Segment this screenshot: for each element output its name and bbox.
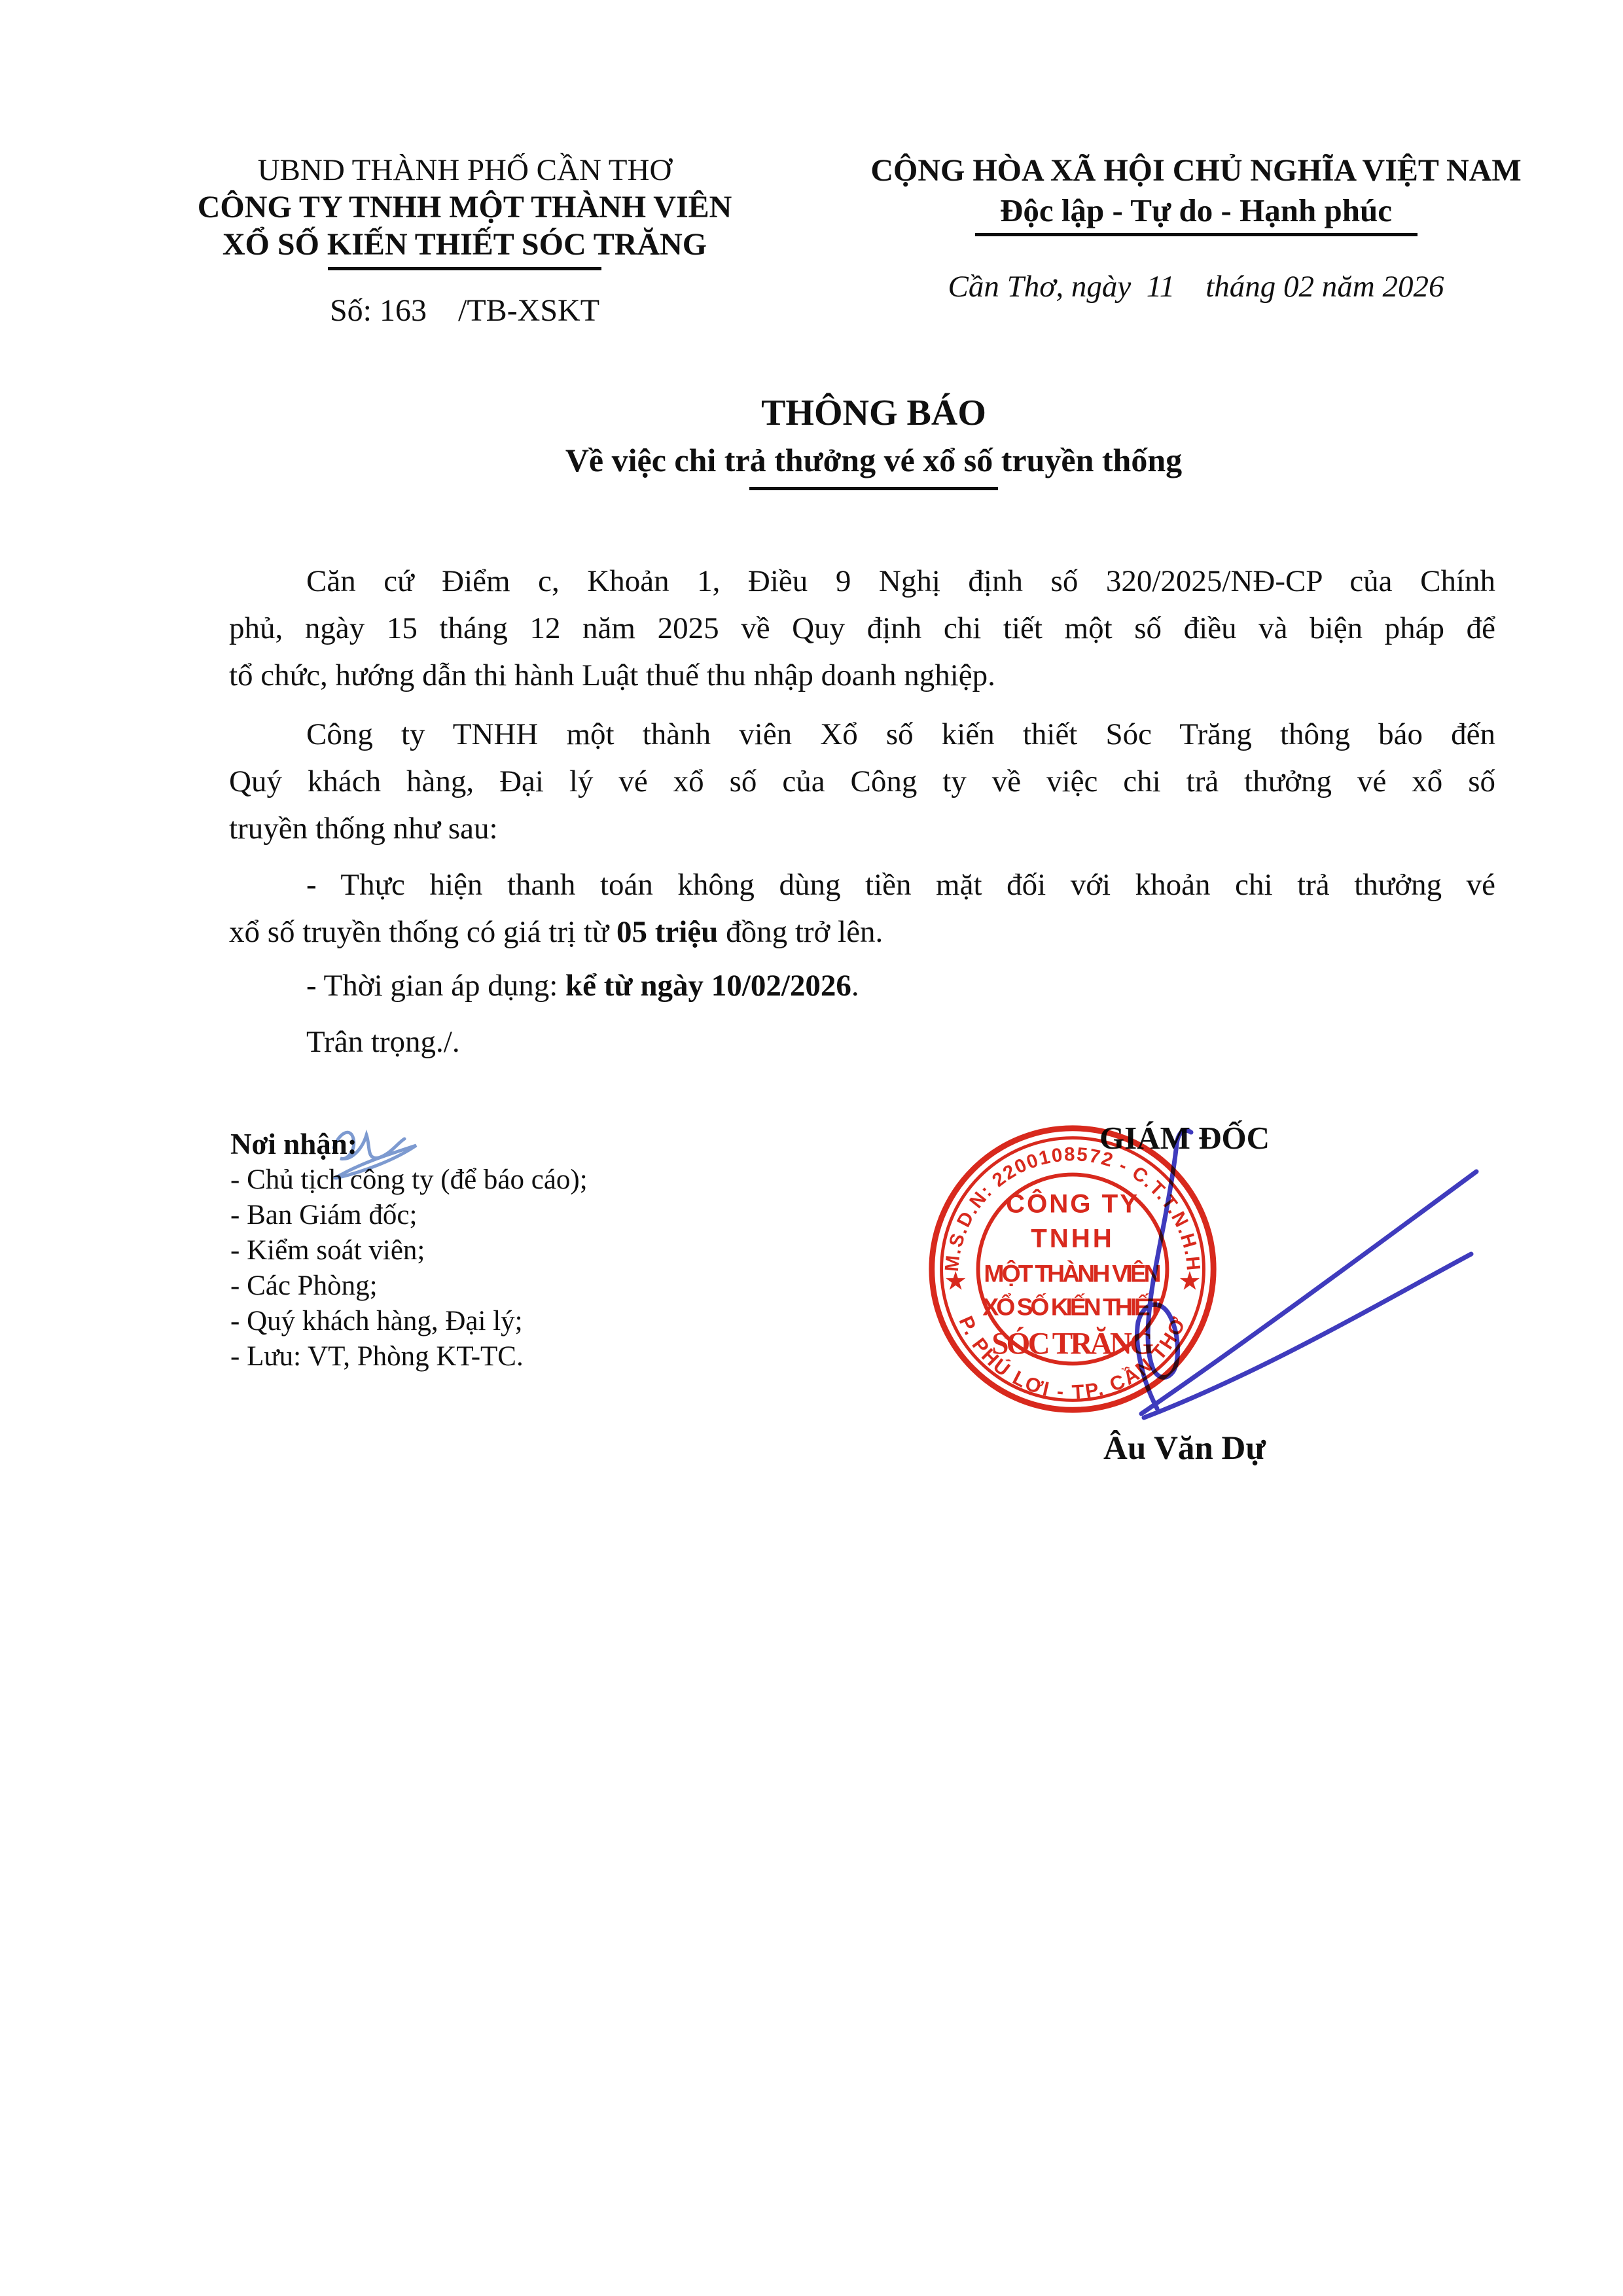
body-line: - Thực hiện thanh toán không dùng tiền m… bbox=[229, 861, 1495, 908]
body-line: Quý khách hàng, Đại lý vé xổ số của Công… bbox=[229, 758, 1495, 805]
signer-name: Âu Văn Dự bbox=[1021, 1429, 1348, 1467]
recipient-item: - Các Phòng; bbox=[230, 1268, 741, 1304]
issuer-header: UBND THÀNH PHỐ CẦN THƠ CÔNG TY TNHH MỘT … bbox=[177, 152, 753, 329]
closing-phrase: Trân trọng./. bbox=[229, 1018, 1495, 1066]
title-block: THÔNG BÁO Về việc chi trả thưởng vé xổ s… bbox=[223, 391, 1525, 490]
recipient-item: - Quý khách hàng, Đại lý; bbox=[230, 1304, 741, 1339]
threshold-amount: 05 triệu bbox=[616, 915, 718, 949]
paragraph-announcement: Công ty TNHH một thành viên Xổ số kiến t… bbox=[229, 711, 1495, 852]
national-header: CỘNG HÒA XÃ HỘI CHỦ NGHĨA VIỆT NAM Độc l… bbox=[841, 152, 1551, 304]
official-document-page: UBND THÀNH PHỐ CẦN THƠ CÔNG TY TNHH MỘT … bbox=[0, 0, 1623, 2296]
body-line: Căn cứ Điểm c, Khoản 1, Điều 9 Nghị định… bbox=[229, 558, 1495, 605]
recipients-block: Nơi nhận: - Chủ tịch công ty (để báo cáo… bbox=[230, 1126, 741, 1374]
document-subtitle: Về việc chi trả thưởng vé xổ số truyền t… bbox=[223, 440, 1525, 480]
recipients-label: Nơi nhận: bbox=[230, 1126, 741, 1162]
recipient-item: - Kiểm soát viên; bbox=[230, 1233, 741, 1268]
bullet-text: - Thời gian áp dụng: bbox=[306, 969, 565, 1003]
bullet-text: đồng trở lên. bbox=[718, 915, 883, 949]
issuer-parent-org: UBND THÀNH PHỐ CẦN THƠ bbox=[177, 152, 753, 188]
title-divider-rule bbox=[749, 487, 998, 490]
director-signature bbox=[1099, 1118, 1492, 1432]
body-line: - Thời gian áp dụng: kể từ ngày 10/02/20… bbox=[229, 962, 1495, 1009]
body-line: phủ, ngày 15 tháng 12 năm 2025 về Quy đị… bbox=[229, 605, 1495, 652]
bullet-effective-date: - Thời gian áp dụng: kể từ ngày 10/02/20… bbox=[229, 962, 1495, 1009]
bullet-cashless-payment: - Thực hiện thanh toán không dùng tiền m… bbox=[229, 861, 1495, 956]
approval-initial-mark bbox=[327, 1121, 442, 1186]
document-title: THÔNG BÁO bbox=[223, 391, 1525, 435]
recipient-item: - Lưu: VT, Phòng KT-TC. bbox=[230, 1339, 741, 1374]
signature-upper-sweep bbox=[1141, 1172, 1476, 1414]
issuer-divider-rule bbox=[328, 267, 601, 270]
national-motto: Độc lập - Tự do - Hạnh phúc bbox=[841, 191, 1551, 230]
document-body: Căn cứ Điểm c, Khoản 1, Điều 9 Nghị định… bbox=[229, 558, 1495, 1075]
recipient-item: - Chủ tịch công ty (để báo cáo); bbox=[230, 1162, 741, 1198]
body-line: truyền thống như sau: bbox=[229, 805, 1495, 852]
bullet-text: xổ số truyền thống có giá trị từ bbox=[229, 915, 616, 949]
recipient-item: - Ban Giám đốc; bbox=[230, 1198, 741, 1233]
body-line: Công ty TNHH một thành viên Xổ số kiến t… bbox=[229, 711, 1495, 758]
motto-divider-rule bbox=[975, 233, 1418, 236]
signature-loop-stroke bbox=[1137, 1130, 1191, 1408]
body-line: tổ chức, hướng dẫn thi hành Luật thuế th… bbox=[229, 652, 1495, 699]
place-and-date: Cần Thơ, ngày 11 tháng 02 năm 2026 bbox=[841, 269, 1551, 304]
closing-phrase-para: Trân trọng./. bbox=[229, 1018, 1495, 1066]
initial-squiggle bbox=[334, 1132, 404, 1158]
issuer-company-name-2: XỔ SỐ KIẾN THIẾT SÓC TRĂNG bbox=[177, 226, 753, 263]
initial-swoosh bbox=[335, 1145, 416, 1178]
paragraph-legal-basis: Căn cứ Điểm c, Khoản 1, Điều 9 Nghị định… bbox=[229, 558, 1495, 699]
issuer-company-name: CÔNG TY TNHH MỘT THÀNH VIÊN bbox=[177, 188, 753, 226]
body-line: xổ số truyền thống có giá trị từ 05 triệ… bbox=[229, 908, 1495, 956]
document-number: Số: 163 /TB-XSKT bbox=[177, 293, 753, 329]
stamp-star-left: ★ bbox=[944, 1266, 967, 1295]
national-title: CỘNG HÒA XÃ HỘI CHỦ NGHĨA VIỆT NAM bbox=[841, 152, 1551, 190]
signature-lower-sweep bbox=[1144, 1254, 1471, 1418]
bullet-text: . bbox=[851, 969, 859, 1003]
effective-date: kể từ ngày 10/02/2026 bbox=[565, 969, 851, 1003]
